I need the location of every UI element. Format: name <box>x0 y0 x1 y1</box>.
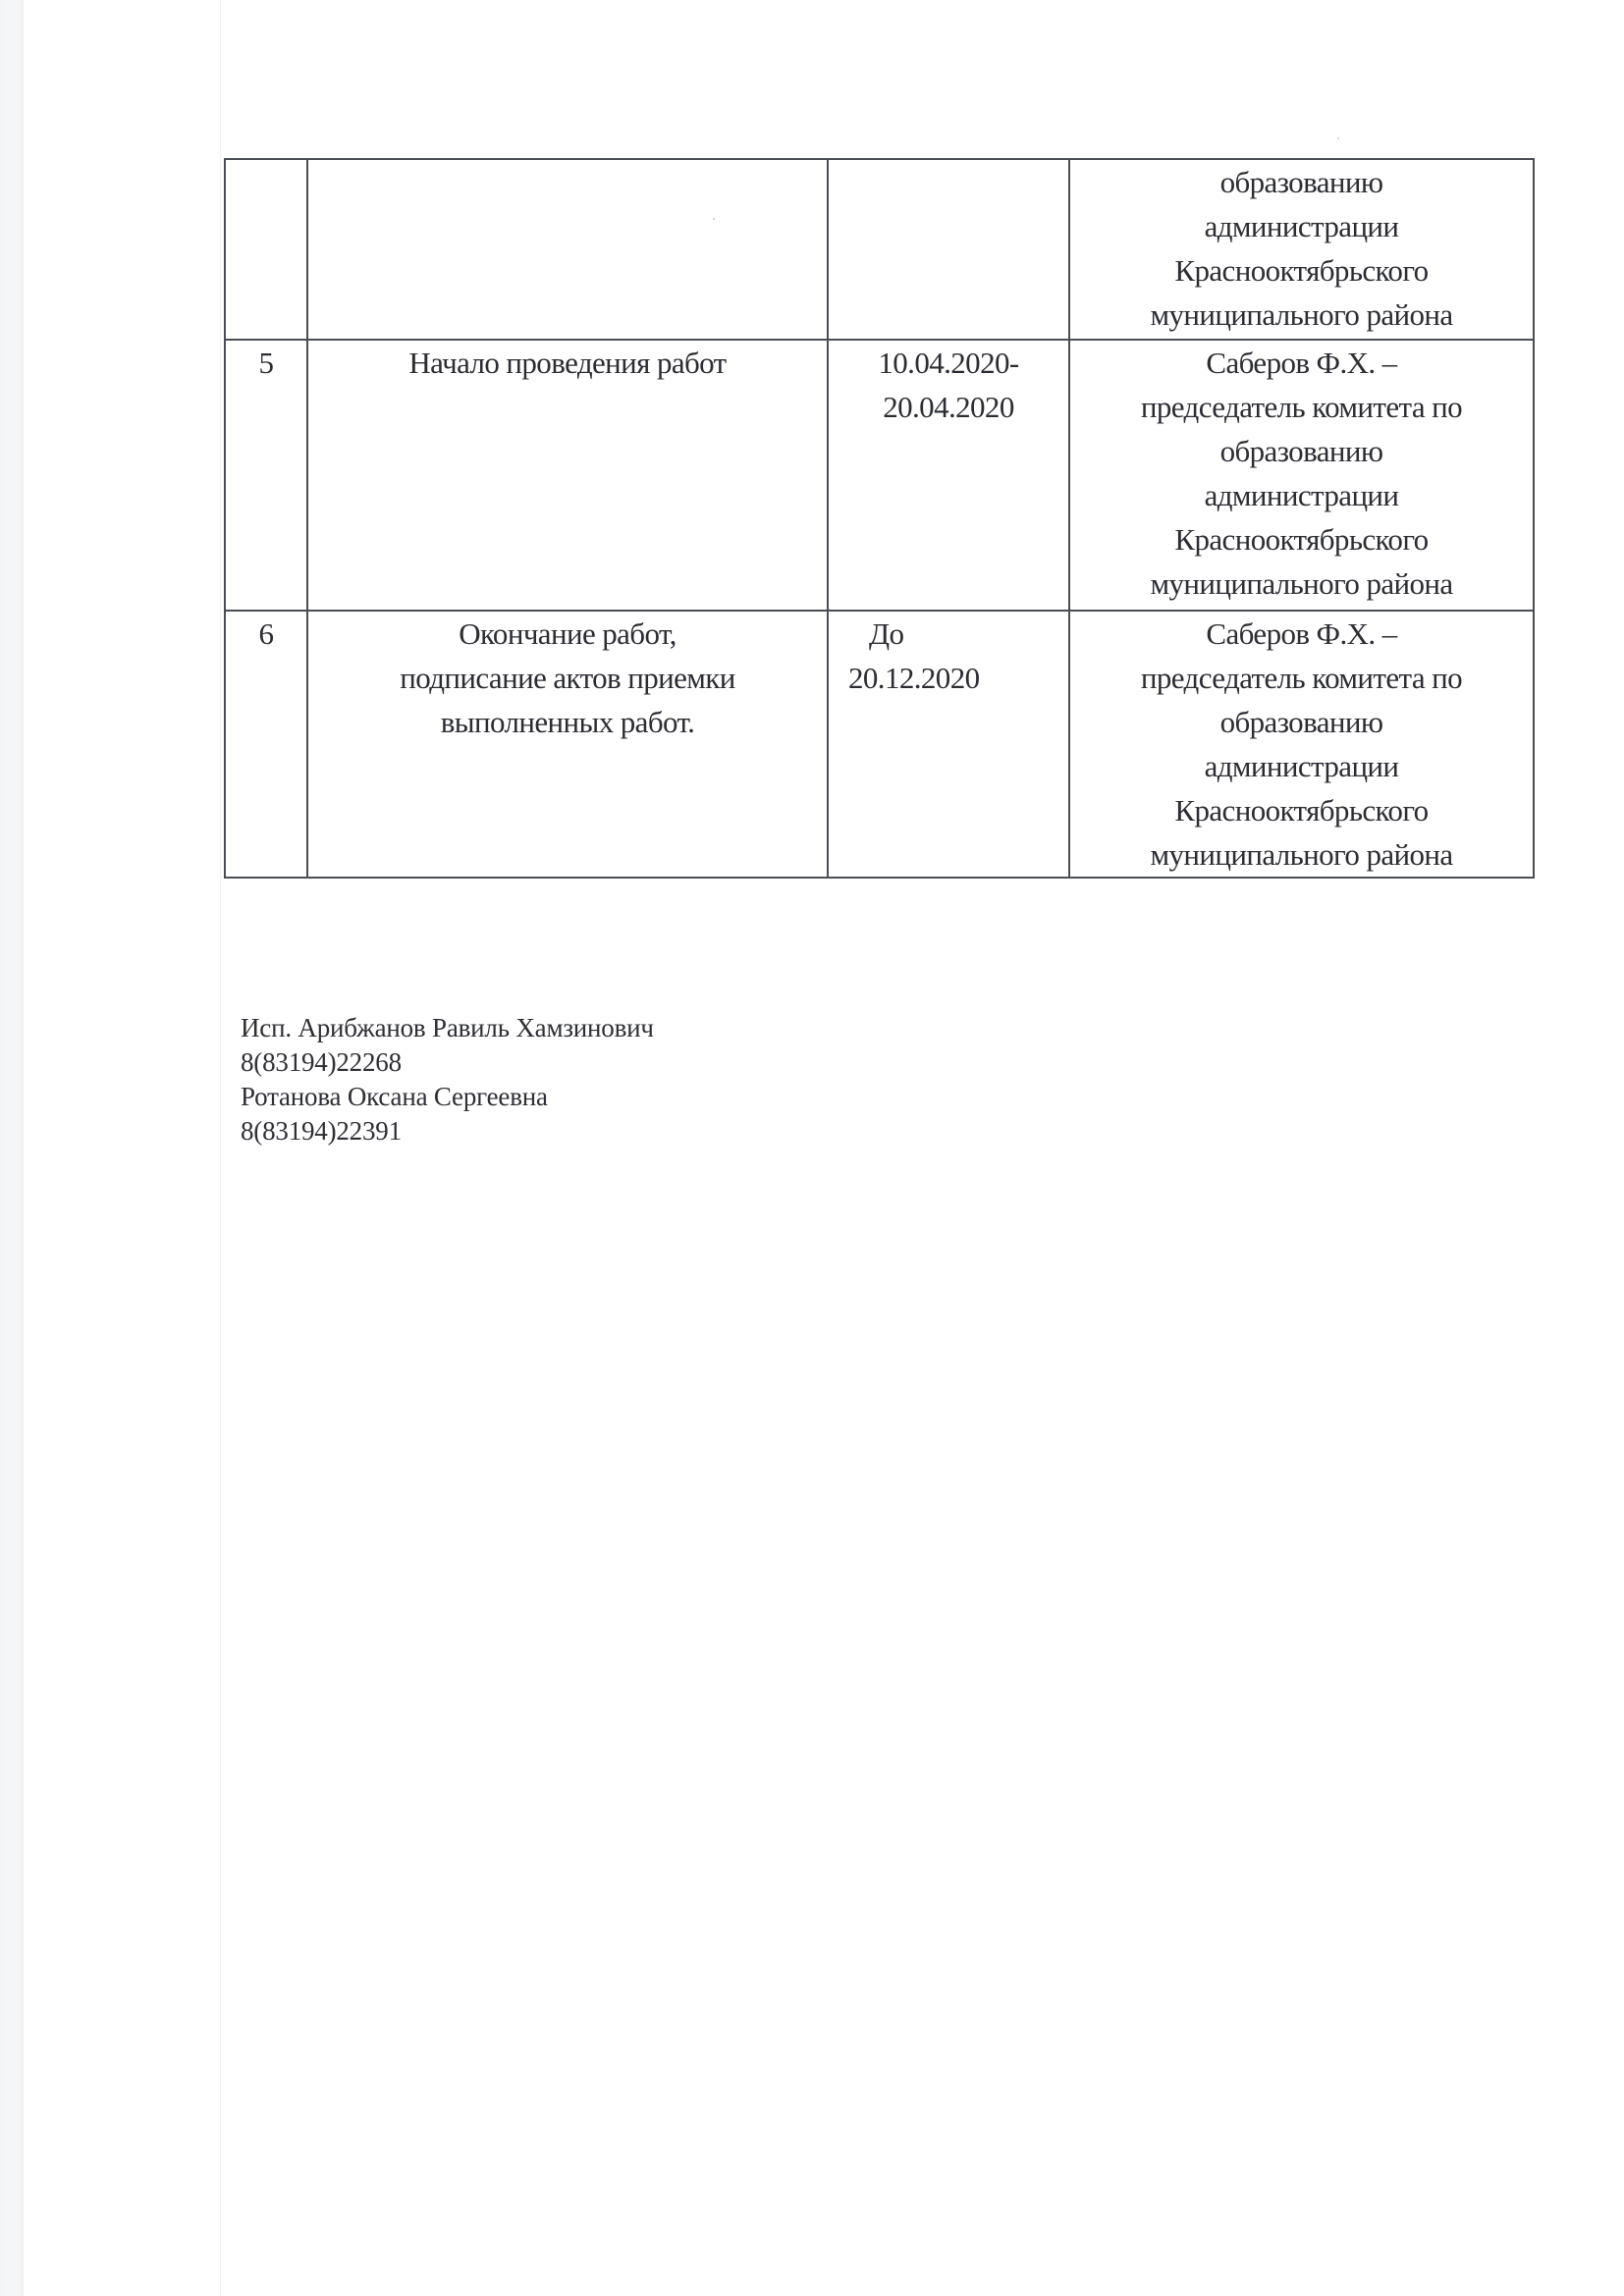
cell-responsible: Саберов Ф.Х. – председатель комитета по … <box>1069 340 1534 611</box>
scan-gutter-line <box>220 0 221 2296</box>
executor-name: Исп. Арибжанов Равиль Хамзинович <box>241 1011 654 1045</box>
cell-dates: 10.04.2020- 20.04.2020 <box>828 340 1069 611</box>
responsible-line: председатель комитета по <box>1076 385 1527 429</box>
work-schedule-table: образованию администрации Краснооктябрьс… <box>224 158 1535 879</box>
date-line: 20.12.2020 <box>835 656 1062 700</box>
responsible-line: муниципального района <box>1076 832 1527 877</box>
responsible-line: Саберов Ф.Х. – <box>1076 341 1527 385</box>
stage-line: Начало проведения работ <box>314 341 821 385</box>
table-row-continuation: образованию администрации Краснооктябрьс… <box>225 159 1534 340</box>
cell-stage <box>307 159 828 340</box>
date-line: 20.04.2020 <box>835 385 1062 429</box>
cell-number <box>225 159 307 340</box>
responsible-line: администрации <box>1076 473 1527 517</box>
date-line: 10.04.2020- <box>835 341 1062 385</box>
cell-number: 6 <box>225 611 307 878</box>
cell-stage: Окончание работ, подписание актов приемк… <box>307 611 828 878</box>
table-row: 5 Начало проведения работ 10.04.2020- 20… <box>225 340 1534 611</box>
cell-responsible: Саберов Ф.Х. – председатель комитета по … <box>1069 611 1534 878</box>
cell-dates: До 20.12.2020 <box>828 611 1069 878</box>
responsible-line: образованию <box>1076 700 1527 744</box>
responsible-line: Краснооктябрьского <box>1076 517 1527 561</box>
second-contact-name: Ротанова Оксана Сергеевна <box>241 1080 654 1114</box>
responsible-line: председатель комитета по <box>1076 656 1527 700</box>
stage-line: подписание актов приемки <box>314 656 821 700</box>
table-row: 6 Окончание работ, подписание актов прие… <box>225 611 1534 878</box>
responsible-line: администрации <box>1076 744 1527 788</box>
cell-stage: Начало проведения работ <box>307 340 828 611</box>
scan-speck <box>1337 137 1339 139</box>
responsible-line: муниципального района <box>1076 293 1527 337</box>
executor-phone: 8(83194)22268 <box>241 1045 654 1080</box>
executor-contacts: Исп. Арибжанов Равиль Хамзинович 8(83194… <box>241 1011 654 1148</box>
responsible-line: Краснооктябрьского <box>1076 248 1527 293</box>
date-line: До <box>835 612 1062 656</box>
responsible-line: Краснооктябрьского <box>1076 788 1527 832</box>
responsible-line: муниципального района <box>1076 561 1527 606</box>
responsible-line: образованию <box>1076 429 1527 473</box>
stage-line: выполненных работ. <box>314 700 821 744</box>
responsible-line: администрации <box>1076 204 1527 248</box>
responsible-line: образованию <box>1076 160 1527 204</box>
stage-line: Окончание работ, <box>314 612 821 656</box>
cell-responsible: образованию администрации Краснооктябрьс… <box>1069 159 1534 340</box>
cell-number: 5 <box>225 340 307 611</box>
second-contact-phone: 8(83194)22391 <box>241 1114 654 1148</box>
cell-dates <box>828 159 1069 340</box>
scan-page-edge <box>0 0 24 2296</box>
responsible-line: Саберов Ф.Х. – <box>1076 612 1527 656</box>
